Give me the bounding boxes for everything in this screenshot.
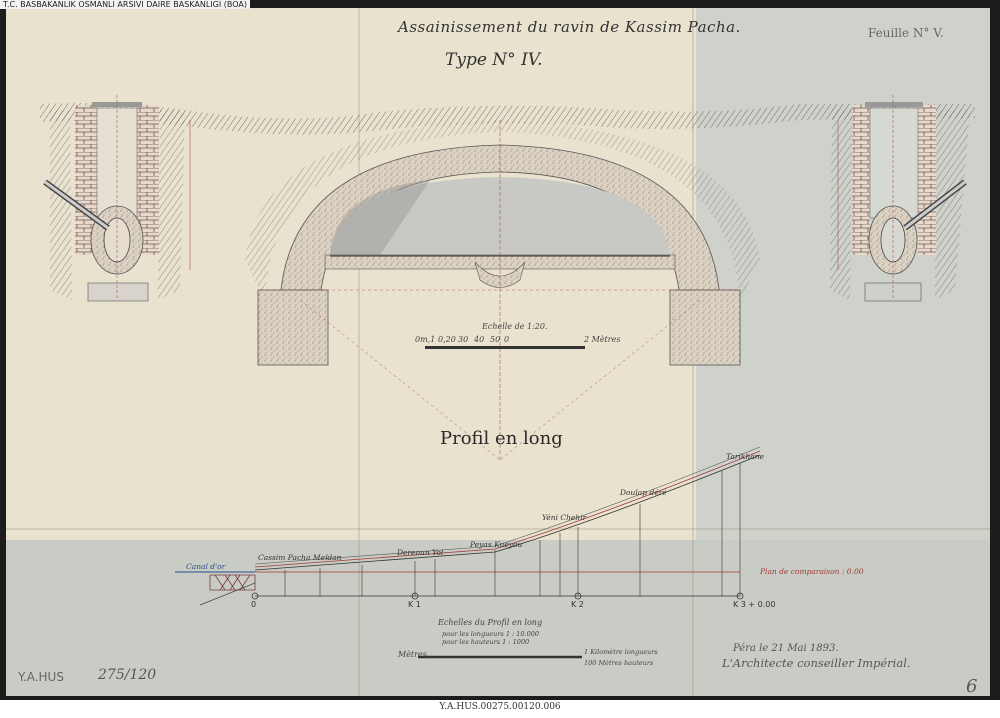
left-manhole — [45, 95, 190, 301]
profile-scale-title: Echelles du Profil en long — [438, 618, 542, 627]
longitudinal-profile — [175, 447, 760, 605]
cross-section-scale-title: Echelle de 1:20. — [482, 322, 548, 331]
scale-tick: 0m,1 — [415, 335, 435, 344]
place-label: Peyas Kueyou — [470, 540, 522, 549]
profile-scale-length: pour les longueurs 1 : 10.000 — [442, 630, 539, 638]
profile-scale-right-bottom: 100 Mètres hauteurs — [584, 659, 653, 667]
profile-scale-units: Mètres — [398, 650, 427, 659]
place-label: Doulap déré — [620, 488, 667, 497]
archive-banner: T.C. BASBAKANLIK OSMANLI ARSIVI DAIRE BA… — [0, 0, 250, 9]
shelf-mark: Y.A.HUS — [18, 670, 64, 684]
scale-tick: 50 — [490, 335, 500, 344]
scale-tick: 30 — [458, 335, 468, 344]
right-manhole — [830, 95, 970, 301]
profile-title: Profil en long — [440, 428, 563, 449]
vault-cross-section — [245, 120, 760, 460]
profile-scale-height: pour les hauteurs 1 : 1000 — [442, 638, 529, 646]
station-marker: K 2 — [571, 600, 584, 609]
scale-tick: 0,20 — [438, 335, 456, 344]
place-label: Dereoun Yol — [397, 548, 443, 557]
drawing-title: Assainissement du ravin de Kassim Pacha. — [398, 18, 741, 36]
folio-number: 275/120 — [98, 667, 156, 683]
sheet-number: Feuille N° V. — [868, 26, 944, 40]
scale-tick: 0 — [504, 335, 509, 344]
canal-label: Canal d'or — [186, 562, 225, 571]
date-line: Péra le 21 Mai 1893. — [733, 643, 839, 654]
place-label: Tarikhane — [726, 452, 764, 461]
page-number: 6 — [966, 676, 977, 697]
profile-scale-right-top: 1 Kilomètre longueurs — [584, 648, 658, 656]
station-marker: 0 — [251, 600, 256, 609]
reference-code: Y.A.HUS.00275.00120.006 — [0, 702, 1000, 712]
drawing-type: Type N° IV. — [445, 50, 543, 70]
station-marker: K 3 + 0.00 — [733, 600, 775, 609]
technical-drawing — [0, 0, 1000, 700]
scale-tick: 40 — [474, 335, 484, 344]
cross-section-scale-bar — [425, 346, 585, 349]
comparison-plane-label: Plan de comparaison : 0.00 — [760, 567, 864, 576]
scale-tick: 2 Mètres — [584, 335, 620, 344]
station-marker: K 1 — [408, 600, 421, 609]
author-line: L'Architecte conseiller Impérial. — [722, 656, 911, 670]
place-label: Yéni Chehir — [542, 513, 586, 522]
place-label: Cassim Pacha Meïdan — [258, 553, 342, 562]
